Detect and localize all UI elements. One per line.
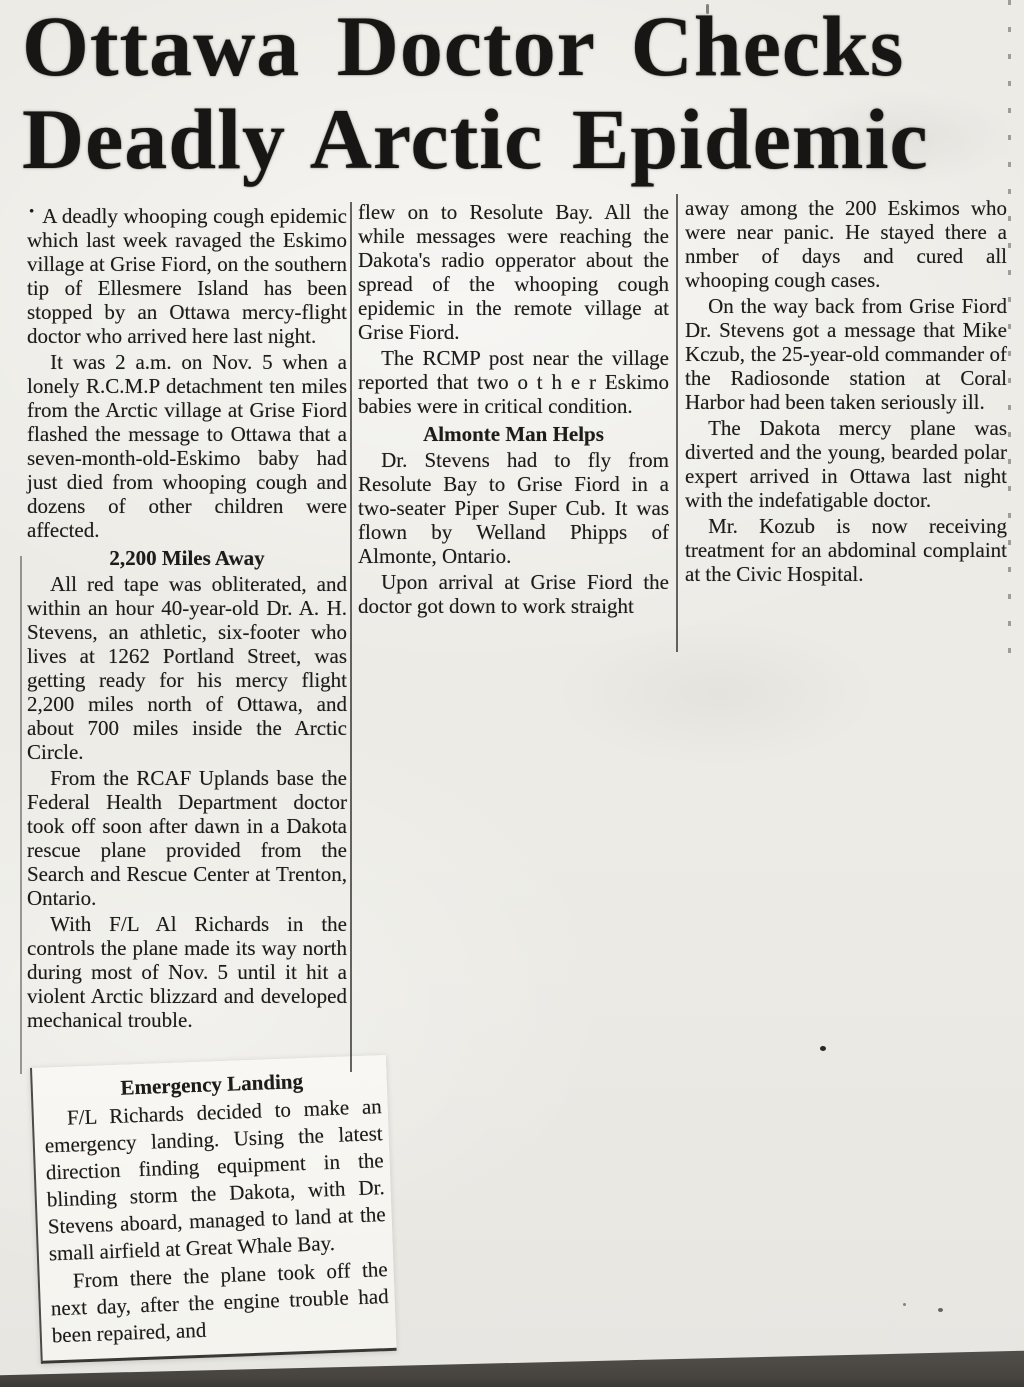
article-paragraph: All red tape was obliterated, and within… [27, 572, 347, 764]
article-paragraph: Dr. Stevens had to fly from Resolute Bay… [358, 448, 669, 568]
ink-speck [903, 1303, 906, 1306]
article-paragraph: Upon arrival at Grise Fiord the doctor g… [358, 570, 669, 618]
article-paragraph: From there the plane took off the next d… [49, 1256, 390, 1349]
paragraph-text: A deadly whooping cough epidemic which l… [27, 204, 347, 348]
article-paragraph: The Dakota mercy plane was diverted and … [685, 416, 1007, 512]
article-paragraph: The RCMP post near the village reported … [358, 346, 669, 418]
column-rule-2-3 [676, 194, 678, 652]
subhead-2200-miles-away: 2,200 Miles Away [27, 546, 347, 570]
article-paragraph: From the RCAF Uplands base the Federal H… [27, 766, 347, 910]
article-column-3: away among the 200 Eskimos who were near… [685, 196, 1007, 588]
tear-mark [706, 4, 709, 14]
column-rule-left-edge [20, 556, 22, 1074]
lead-bullet-mark: • [29, 204, 34, 220]
article-paragraph: Mr. Kozub is now receiving treatment for… [685, 514, 1007, 586]
ink-speck [820, 1046, 826, 1051]
article-column-1: •A deadly whooping cough epidemic which … [27, 200, 347, 1034]
article-paragraph: It was 2 a.m. on Nov. 5 when a lonely R.… [27, 350, 347, 542]
article-column-2: flew on to Resolute Bay. All the while m… [358, 200, 669, 620]
article-headline: Ottawa Doctor Checks Deadly Arctic Epide… [22, 0, 1017, 186]
torn-edge-dotted-line [1008, 0, 1011, 660]
pasted-clipping-strip: Emergency Landing F/L Richards decided t… [30, 1055, 397, 1364]
article-paragraph: away among the 200 Eskimos who were near… [685, 196, 1007, 292]
ink-speck [938, 1308, 943, 1312]
subhead-almonte-man-helps: Almonte Man Helps [358, 422, 669, 446]
column-rule-1-2 [350, 202, 352, 1072]
article-paragraph: On the way back from Grise Fiord Dr. Ste… [685, 294, 1007, 414]
article-paragraph: With F/L Al Richards in the controls the… [27, 912, 347, 1032]
headline-line-2: Deadly Arctic Epidemic [22, 93, 1017, 186]
article-paragraph: •A deadly whooping cough epidemic which … [27, 200, 347, 348]
headline-line-1: Ottawa Doctor Checks [22, 0, 1017, 93]
article-paragraph: flew on to Resolute Bay. All the while m… [358, 200, 669, 344]
article-paragraph: F/L Richards decided to make an emergenc… [43, 1093, 387, 1267]
newspaper-clipping-scan: Ottawa Doctor Checks Deadly Arctic Epide… [0, 0, 1024, 1387]
